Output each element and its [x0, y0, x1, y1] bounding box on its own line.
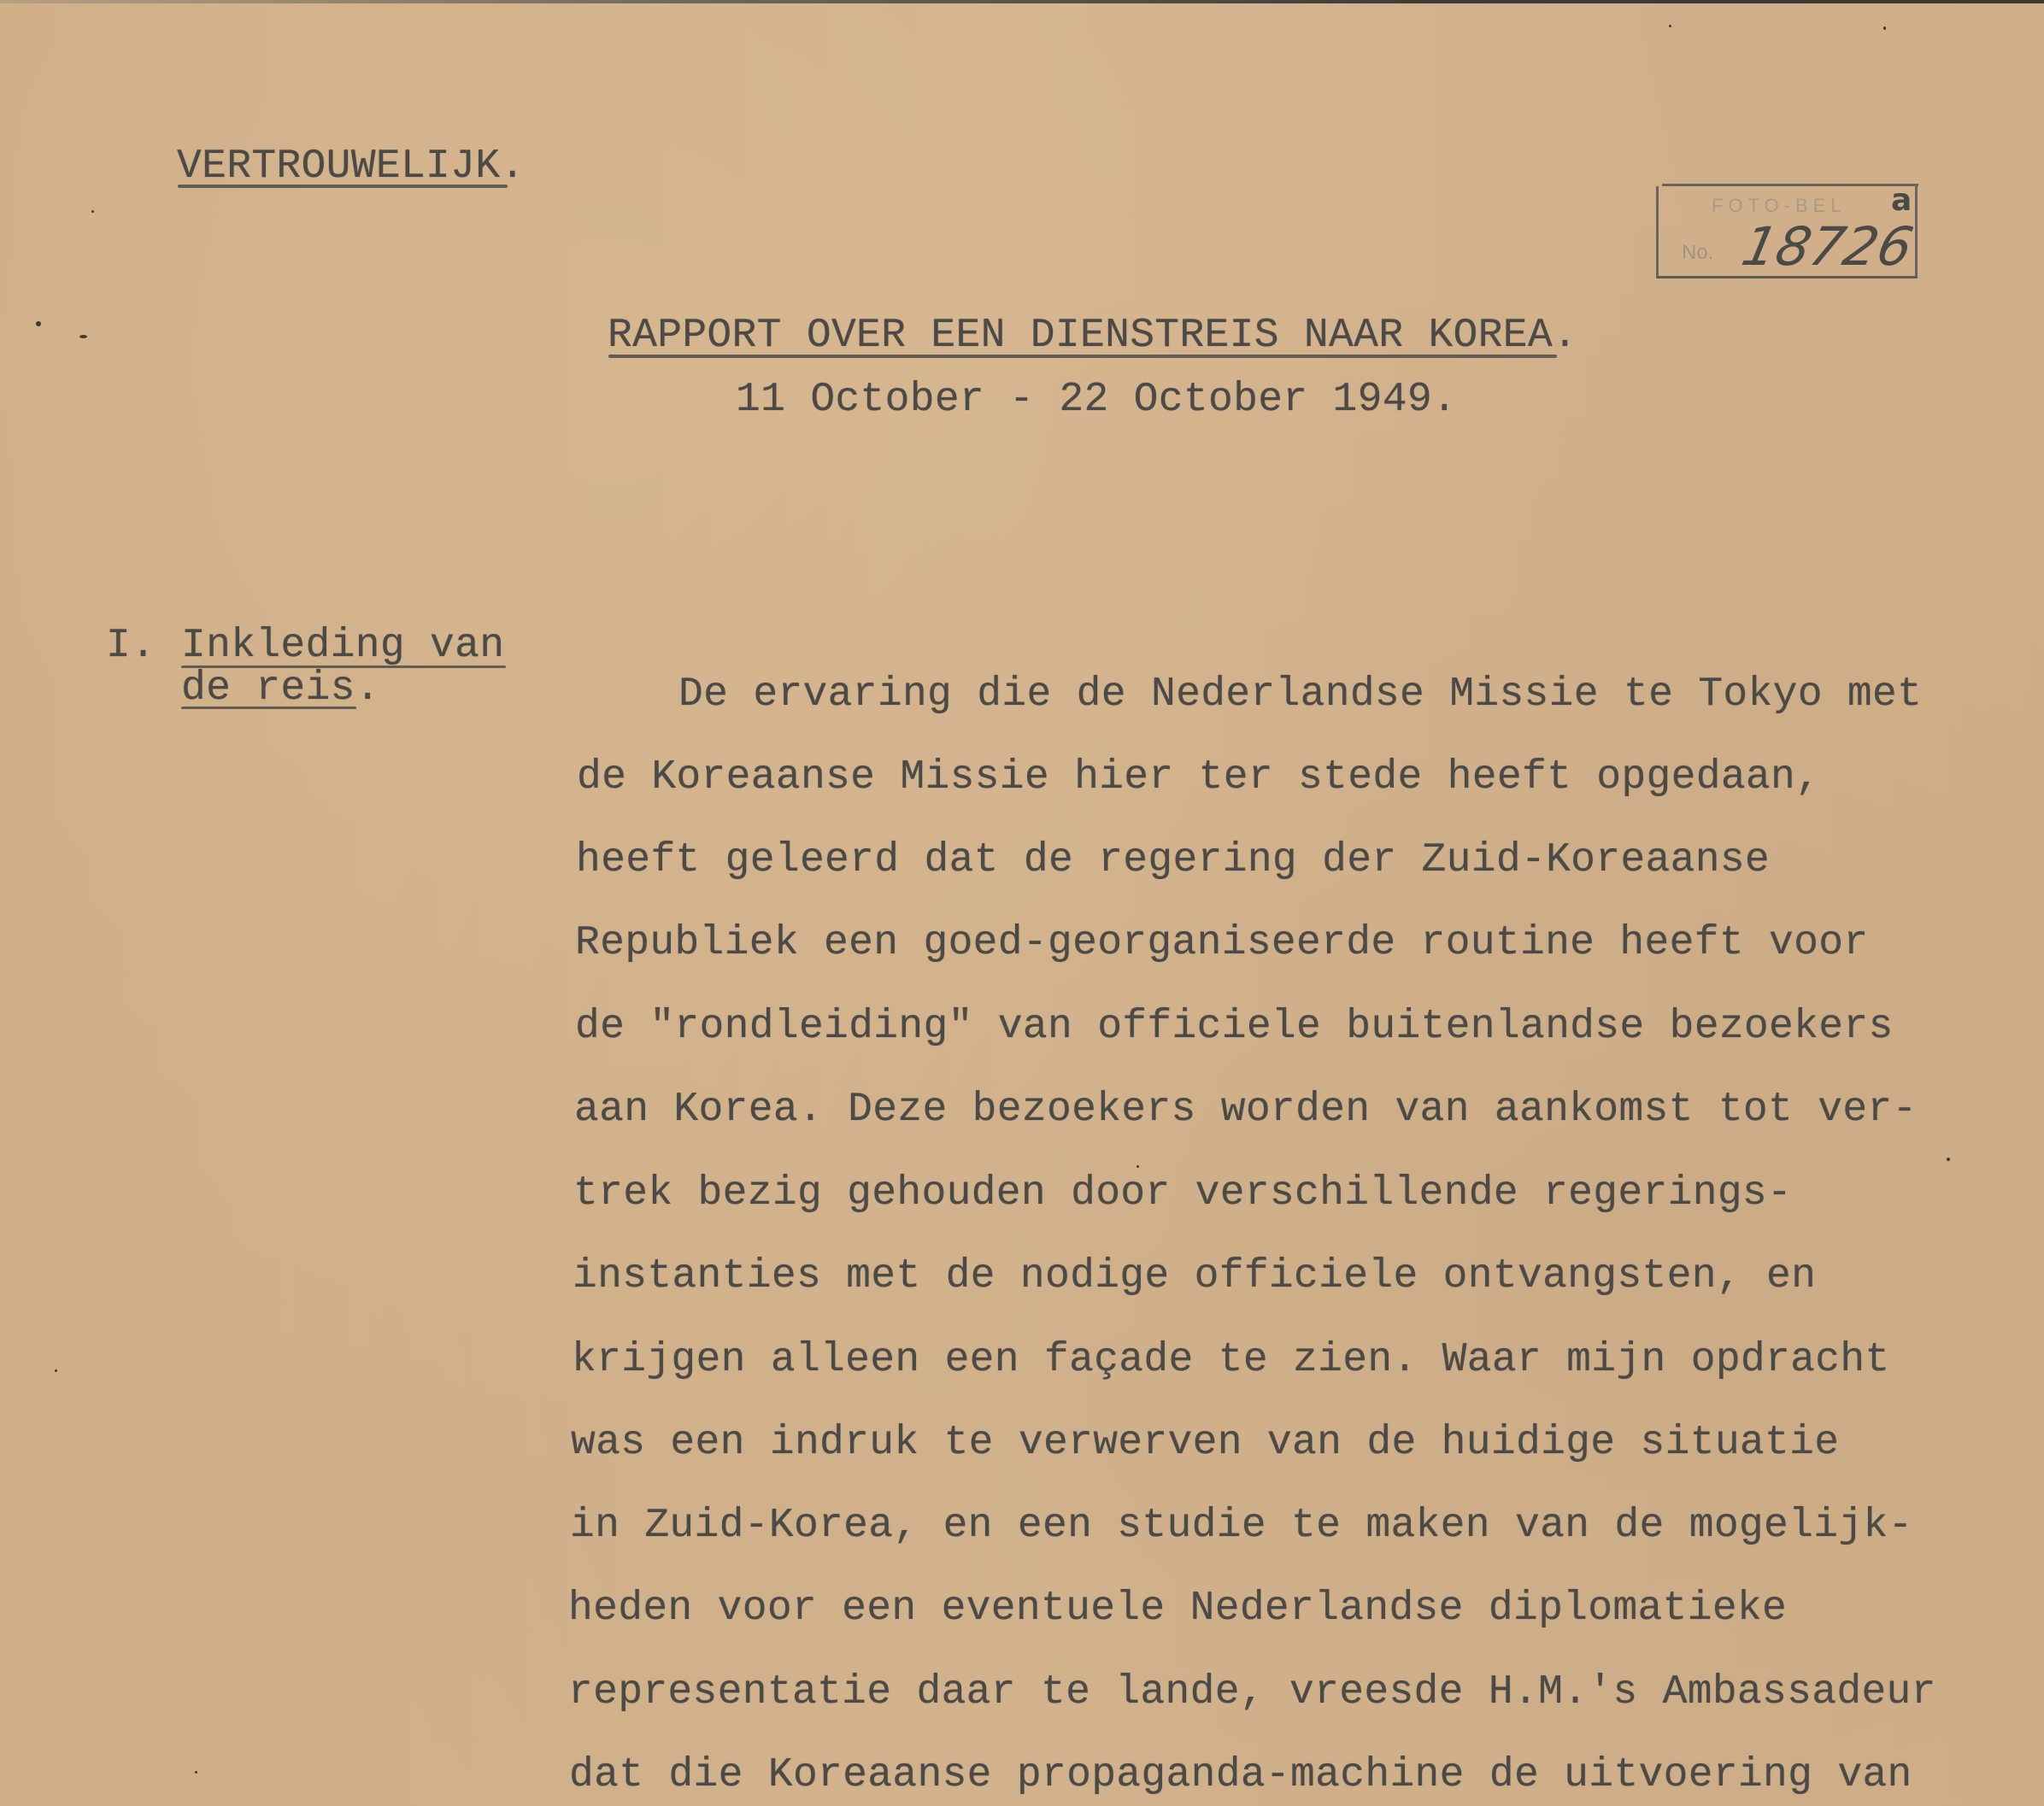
body-line: heden voor een eventuele Nederlandse dip… — [568, 1588, 1787, 1629]
classification-underline — [178, 185, 508, 188]
body-line: representatie daar te lande, vreesde H.M… — [568, 1672, 1936, 1713]
paper-speck — [1137, 1165, 1139, 1168]
body-line: De ervaring die de Nederlandse Missie te… — [678, 674, 1922, 715]
body-line: aan Korea. Deze bezoekers worden van aan… — [574, 1089, 1918, 1130]
body-line: dat die Koreaanse propaganda-machine de … — [569, 1755, 1912, 1796]
body-line: was een indruk te verwerven van de huidi… — [571, 1422, 1839, 1463]
section-heading-underline-2 — [181, 707, 356, 709]
body-line: de "rondleiding" van officiele buitenlan… — [575, 1006, 1894, 1047]
report-date-range: 11 October - 22 October 1949. — [736, 379, 1457, 420]
paper-speck — [1947, 1158, 1950, 1161]
stamp-label: FOTO-BEL — [1712, 195, 1847, 217]
paper-speck — [36, 321, 41, 326]
body-line: de Koreaanse Missie hier ter stede heeft… — [577, 757, 1820, 798]
report-title: RAPPORT OVER EEN DIENSTREIS NAAR KOREA. — [608, 315, 1577, 356]
body-line: krijgen alleen een façade te zien. Waar … — [572, 1340, 1890, 1381]
body-line: trek bezig gehouden door verschillende r… — [573, 1173, 1792, 1214]
section-heading-line-2: de reis. — [181, 668, 380, 709]
paper-speck — [1669, 25, 1671, 27]
classification-label: VERTROUWELIJK. — [177, 146, 525, 187]
paper-speck — [55, 1369, 57, 1372]
body-line: instanties met de nodige officiele ontva… — [573, 1256, 1816, 1297]
stamp-no-label: No. — [1682, 241, 1713, 265]
section-heading-line-1: Inkleding van — [181, 625, 504, 666]
paper-speck — [91, 210, 94, 213]
body-line: Republiek een goed-georganiseerde routin… — [575, 923, 1868, 964]
body-line: heeft geleerd dat de regering der Zuid-K… — [576, 840, 1770, 881]
body-line: in Zuid-Korea, en een studie te maken va… — [570, 1505, 1913, 1546]
paper-speck — [79, 335, 87, 338]
section-number: I. — [106, 625, 156, 666]
report-title-underline — [608, 355, 1557, 358]
paper-speck — [1883, 26, 1886, 30]
page-top-edge — [0, 0, 2044, 3]
stamp-number: 18726 — [1736, 215, 1918, 278]
paper-speck — [195, 1771, 197, 1774]
stamp-mark: a — [1891, 183, 1912, 218]
